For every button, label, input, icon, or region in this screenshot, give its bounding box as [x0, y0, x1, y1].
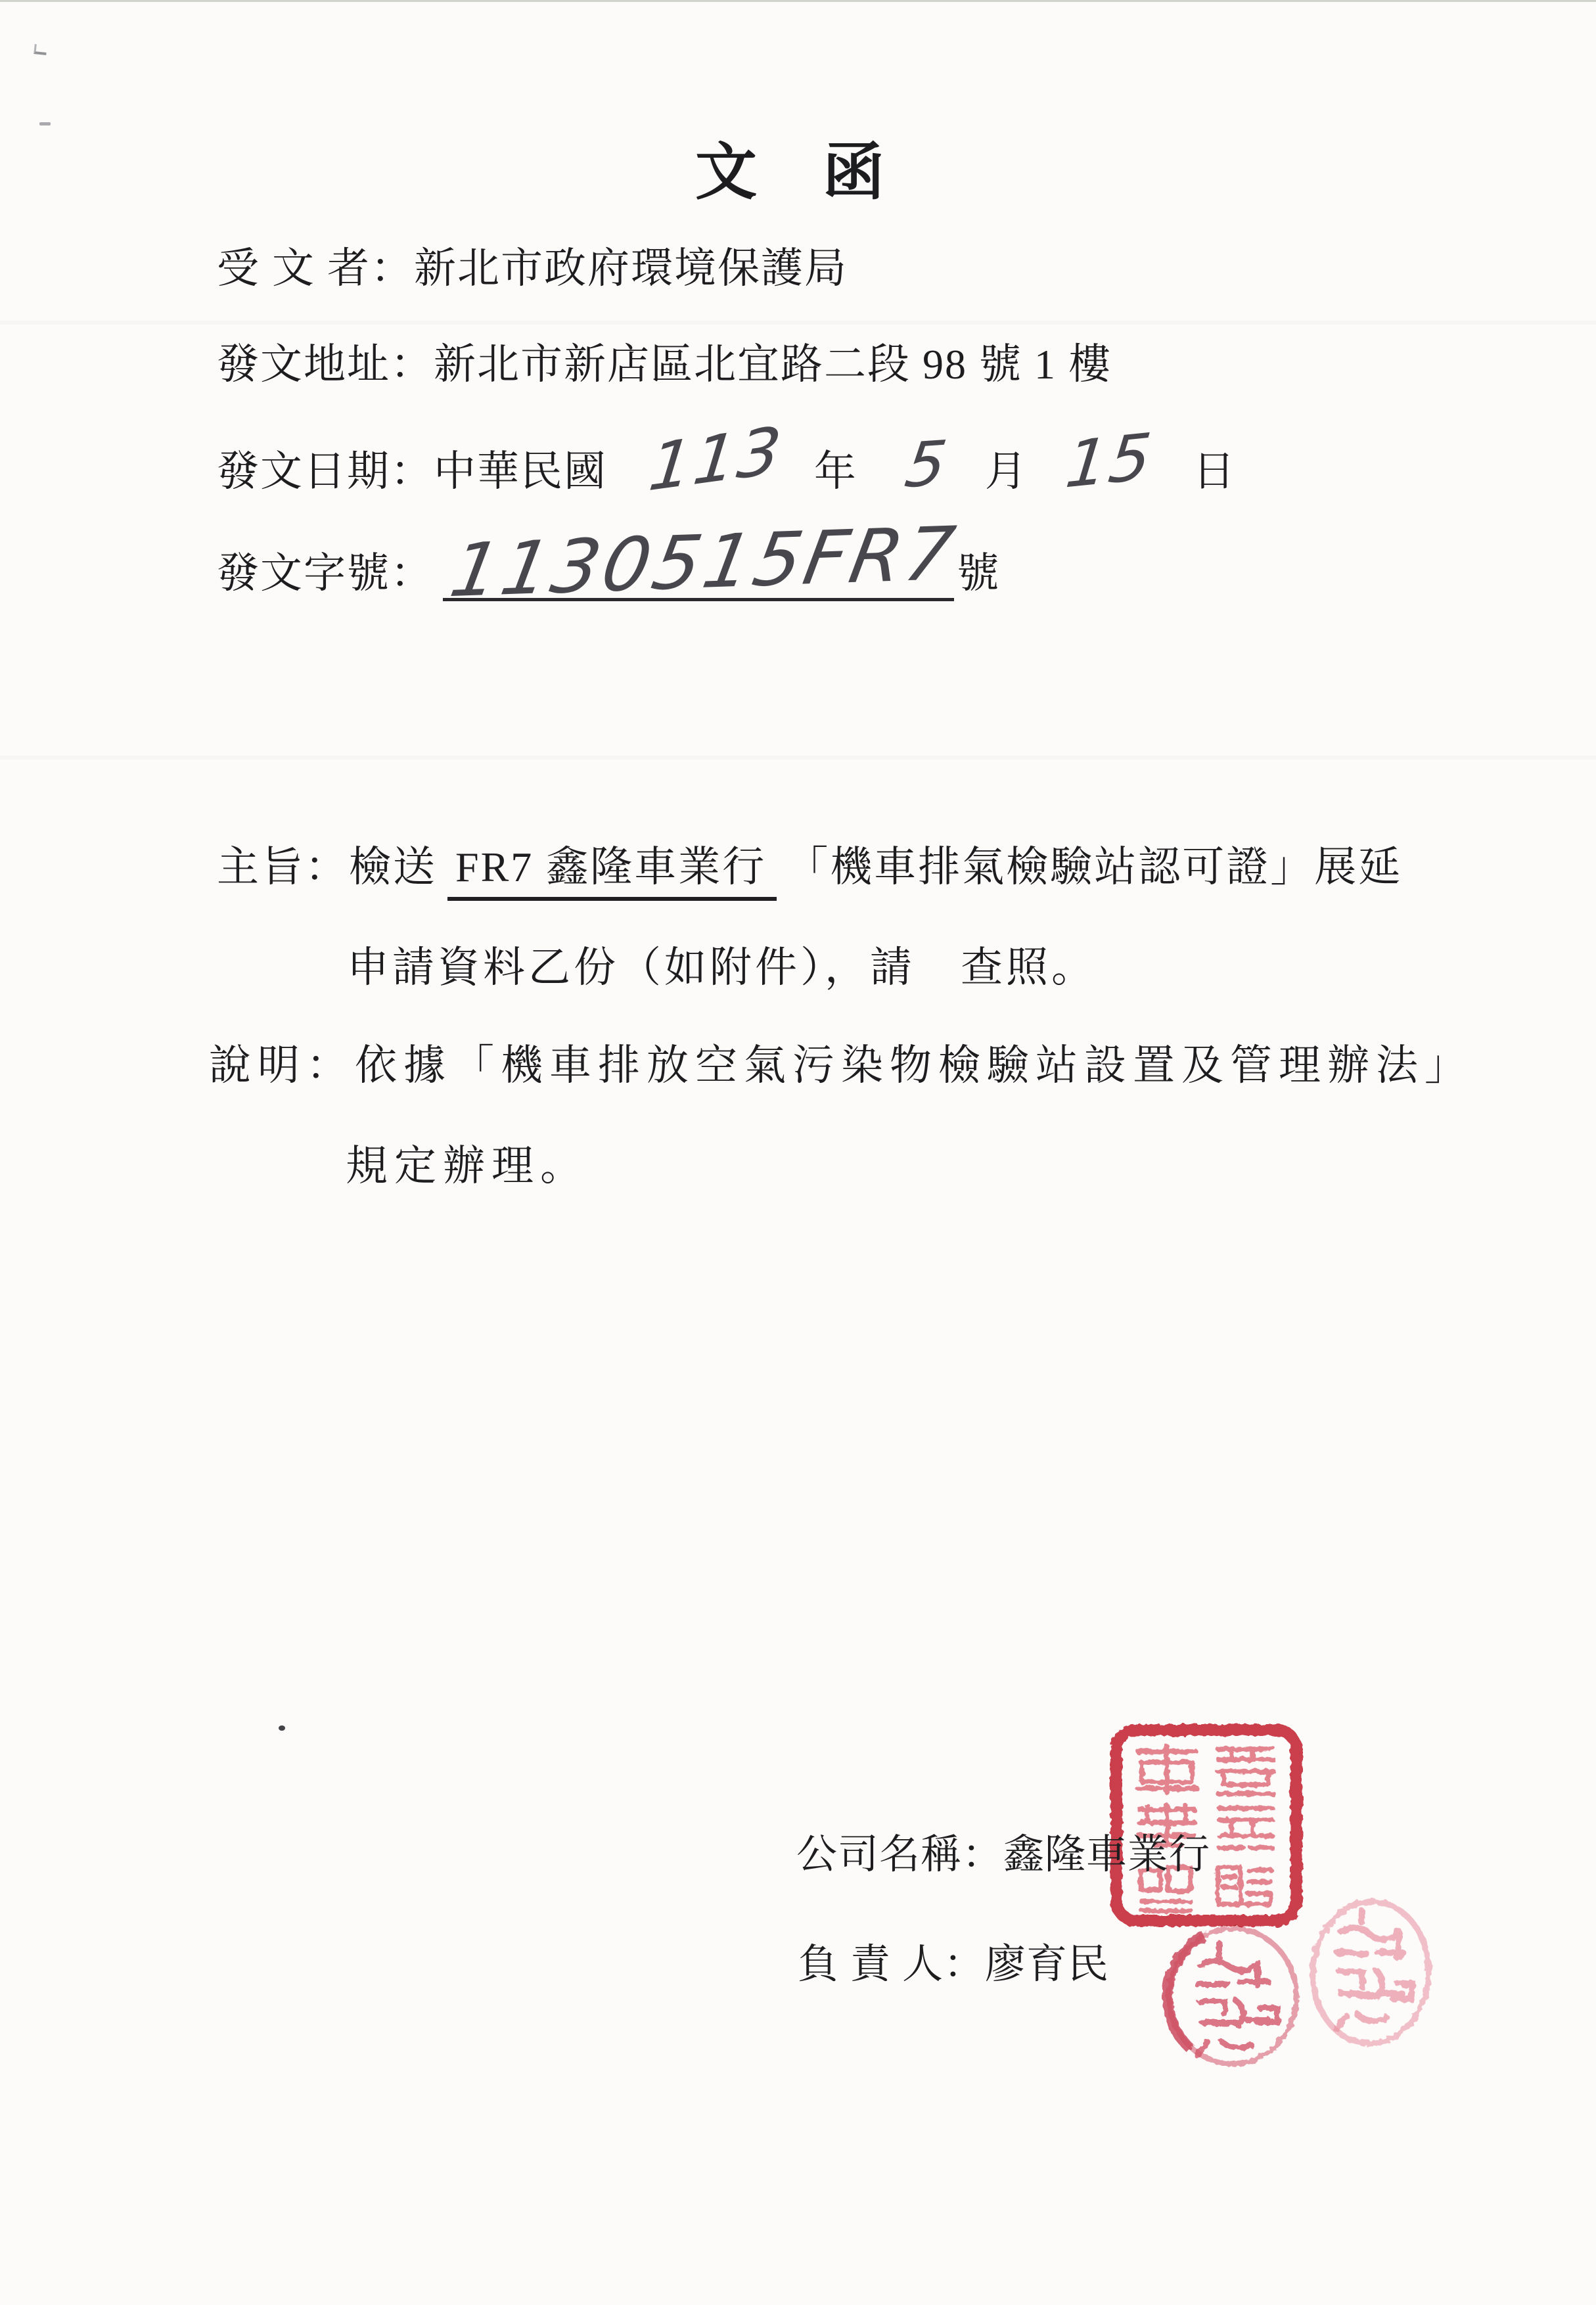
personal-seal-right: [1304, 1892, 1438, 2056]
company-name-value: 鑫隆車業行: [1003, 1832, 1210, 1879]
scan-artifact-band: [0, 756, 1596, 760]
refnum-underline: 1130515FR7: [443, 530, 954, 601]
subject-label: 主旨: [217, 843, 305, 892]
personal-seal-right-graphic: [1310, 1899, 1432, 2047]
description-colon: ：: [306, 1041, 355, 1090]
personal-seal-left-script: [1197, 1944, 1277, 2055]
subject-line-2: 申請資料乙份（如附件），請 查照。: [347, 944, 1097, 992]
subject-post-text: 「機車排氣檢驗站認可證」展延: [786, 843, 1402, 892]
year-unit: 年: [814, 447, 857, 496]
personal-seal-left-heavy-arc: [1168, 1936, 1204, 2049]
scan-artifact-ink-dot: [279, 1725, 285, 1731]
company-name-label: 公司名稱: [796, 1832, 962, 1879]
responsible-person-label: 負 責 人: [798, 1942, 944, 1988]
handwritten-reference-number: 1130515FR7: [445, 521, 961, 605]
responsible-person-colon: ：: [944, 1942, 985, 1988]
personal-seal-right-script: [1334, 1910, 1416, 2032]
subject-colon: ：: [305, 843, 349, 892]
refnum-colon: ：: [390, 549, 434, 598]
recipient-label: 受 文 者: [217, 244, 371, 293]
field-recipient: 受 文 者：新北市政府環境保護局: [217, 244, 848, 293]
scanned-letter-page: 文 函 受 文 者：新北市政府環境保護局 發文地址：新北市新店區北宜路二段 98…: [0, 0, 1596, 2305]
refnum-suffix: 號: [957, 549, 1000, 598]
signature-company-line: 公司名稱：鑫隆車業行: [796, 1832, 1210, 1879]
subject-pre-text: 檢送: [349, 843, 437, 892]
title-char-first: 文: [695, 139, 757, 207]
description-text: 依據「機車排放空氣污染物檢驗站設置及管理辦法」: [355, 1041, 1473, 1090]
scan-artifact-band: [0, 321, 1596, 325]
recipient-value: 新北市政府環境保護局: [414, 244, 848, 293]
date-label: 發文日期: [217, 447, 390, 496]
date-colon: ：: [390, 447, 434, 496]
title-char-second: 函: [823, 139, 884, 207]
address-label: 發文地址: [217, 340, 390, 389]
description-label: 說明: [209, 1041, 306, 1090]
company-seal-graphic: [1116, 1730, 1296, 1921]
subject-line-1: 主旨：檢送FR7 鑫隆車業行「機車排氣檢驗站認可證」展延: [217, 843, 1402, 901]
handwritten-day: 15: [1062, 428, 1154, 495]
address-value: 新北市新店區北宜路二段 98 號 1 樓: [434, 340, 1112, 389]
document-title: 文 函: [695, 139, 884, 207]
personal-seal-right-ring: [1310, 1899, 1432, 2047]
signature-person-line: 負 責 人：廖育民: [798, 1942, 1109, 1988]
description-line-1: 說明：依據「機車排放空氣污染物檢驗站設置及管理辦法」: [209, 1041, 1473, 1090]
company-seal-script-glyphs: [1138, 1746, 1273, 1911]
personal-seal-left-graphic: [1168, 1928, 1296, 2064]
scan-artifact-dash-mark: [39, 122, 51, 126]
responsible-person-value: 廖育民: [985, 1942, 1109, 1988]
recipient-colon: ：: [371, 244, 414, 293]
day-unit: 日: [1193, 447, 1236, 496]
handwritten-month: 5: [901, 436, 951, 495]
subject-underlined-station-name: FR7 鑫隆車業行: [447, 843, 777, 901]
personal-seal-left: [1162, 1923, 1305, 2070]
company-seal: [1109, 1723, 1304, 1928]
date-era-prefix: 中華民國: [434, 447, 607, 496]
scan-artifact-corner-mark: [34, 44, 47, 55]
company-name-colon: ：: [962, 1832, 1003, 1879]
handwritten-year: 113: [646, 421, 785, 498]
description-line-2: 規定辦理。: [346, 1142, 589, 1191]
scan-artifact-top-edge: [0, 0, 1596, 2]
field-issuing-address: 發文地址：新北市新店區北宜路二段 98 號 1 樓: [217, 340, 1112, 389]
month-unit: 月: [985, 447, 1028, 496]
field-reference-number: 發文字號：1130515FR7號: [217, 530, 1000, 601]
field-issuing-date: 發文日期：中華民國113年5月15日: [217, 434, 1236, 496]
address-colon: ：: [390, 340, 434, 389]
refnum-label: 發文字號: [217, 549, 390, 598]
